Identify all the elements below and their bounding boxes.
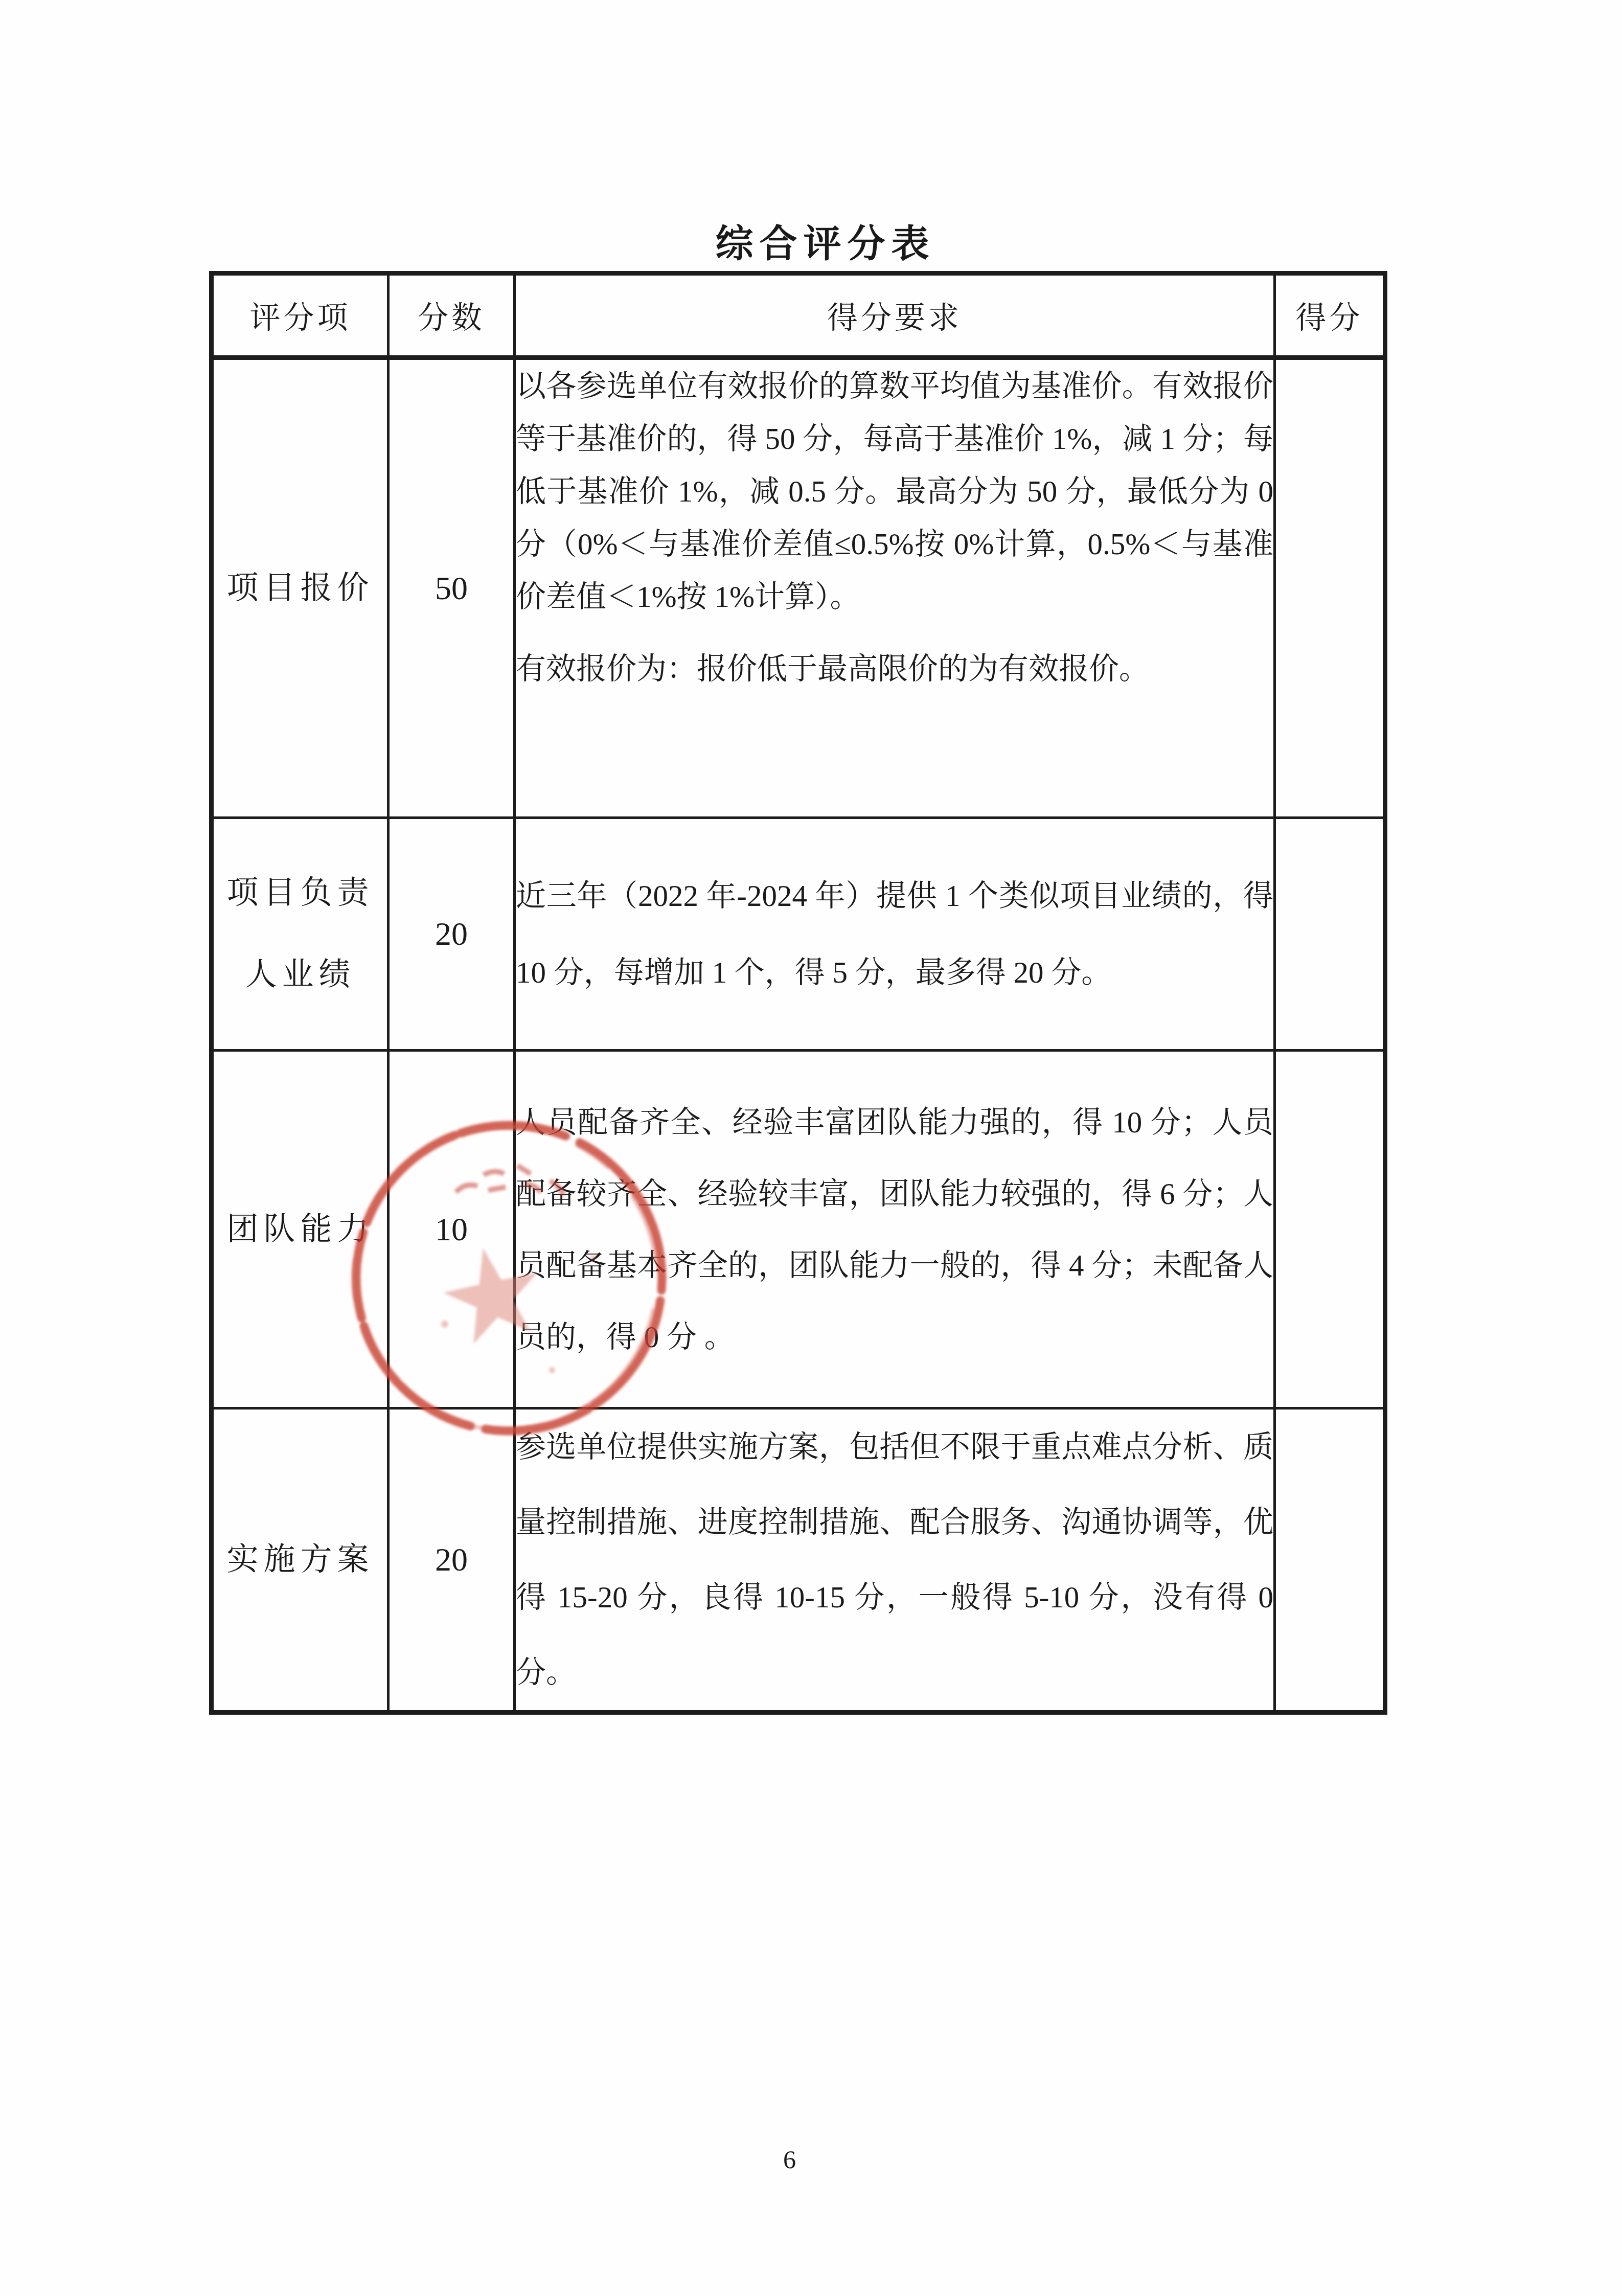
row-item-label: 项目负责人业绩 <box>212 818 389 1051</box>
row-score-value: 20 <box>389 1408 515 1713</box>
requirement-paragraph: 近三年（2022 年-2024 年）提供 1 个类似项目业绩的，得 10 分，每… <box>516 857 1273 1011</box>
earned-score-cell <box>1275 1051 1385 1408</box>
earned-score-cell <box>1275 358 1385 818</box>
requirement-paragraph: 人员配备齐全、经验丰富团队能力强的，得 10 分；人员配备较齐全、经验较丰富，团… <box>516 1086 1273 1373</box>
scoring-table: 评分项 分数 得分要求 得分 项目报价 50 以各参选单位有效报价的算数平均值为… <box>209 271 1387 1715</box>
header-score: 分数 <box>389 274 515 358</box>
row-item-label: 实施方案 <box>212 1408 389 1713</box>
requirement-paragraph: 以各参选单位有效报价的算数平均值为基准价。有效报价等于基准价的，得 50 分，每… <box>516 360 1273 623</box>
scanned-document-page: 综合评分表 评分项 分数 得分要求 得分 项目报价 50 以各参选单位有效报价的… <box>0 0 1622 2296</box>
row-requirement-text: 近三年（2022 年-2024 年）提供 1 个类似项目业绩的，得 10 分，每… <box>515 818 1275 1051</box>
table-header-row: 评分项 分数 得分要求 得分 <box>212 274 1385 358</box>
page-number: 6 <box>0 2145 1601 2174</box>
row-score-value: 50 <box>389 358 515 818</box>
row-item-label: 团队能力 <box>212 1051 389 1408</box>
row-requirement-text: 人员配备齐全、经验丰富团队能力强的，得 10 分；人员配备较齐全、经验较丰富，团… <box>515 1051 1275 1408</box>
earned-score-cell <box>1275 818 1385 1051</box>
requirement-paragraph: 参选单位提供实施方案，包括但不限于重点难点分析、质量控制措施、进度控制措施、配合… <box>516 1410 1273 1710</box>
table-row: 项目负责人业绩 20 近三年（2022 年-2024 年）提供 1 个类似项目业… <box>212 818 1385 1051</box>
table-row: 实施方案 20 参选单位提供实施方案，包括但不限于重点难点分析、质量控制措施、进… <box>212 1408 1385 1713</box>
header-item: 评分项 <box>212 274 389 358</box>
earned-score-cell <box>1275 1408 1385 1713</box>
table-row: 团队能力 10 人员配备齐全、经验丰富团队能力强的，得 10 分；人员配备较齐全… <box>212 1051 1385 1408</box>
row-score-value: 20 <box>389 818 515 1051</box>
header-earned: 得分 <box>1275 274 1385 358</box>
requirement-paragraph: 有效报价为：报价低于最高限价的为有效报价。 <box>516 643 1273 695</box>
header-requirement: 得分要求 <box>515 274 1275 358</box>
row-requirement-text: 以各参选单位有效报价的算数平均值为基准价。有效报价等于基准价的，得 50 分，每… <box>515 358 1275 818</box>
table-row: 项目报价 50 以各参选单位有效报价的算数平均值为基准价。有效报价等于基准价的，… <box>212 358 1385 818</box>
page-title: 综合评分表 <box>14 214 1622 268</box>
row-requirement-text: 参选单位提供实施方案，包括但不限于重点难点分析、质量控制措施、进度控制措施、配合… <box>515 1408 1275 1713</box>
row-item-label: 项目报价 <box>212 358 389 818</box>
row-score-value: 10 <box>389 1051 515 1408</box>
